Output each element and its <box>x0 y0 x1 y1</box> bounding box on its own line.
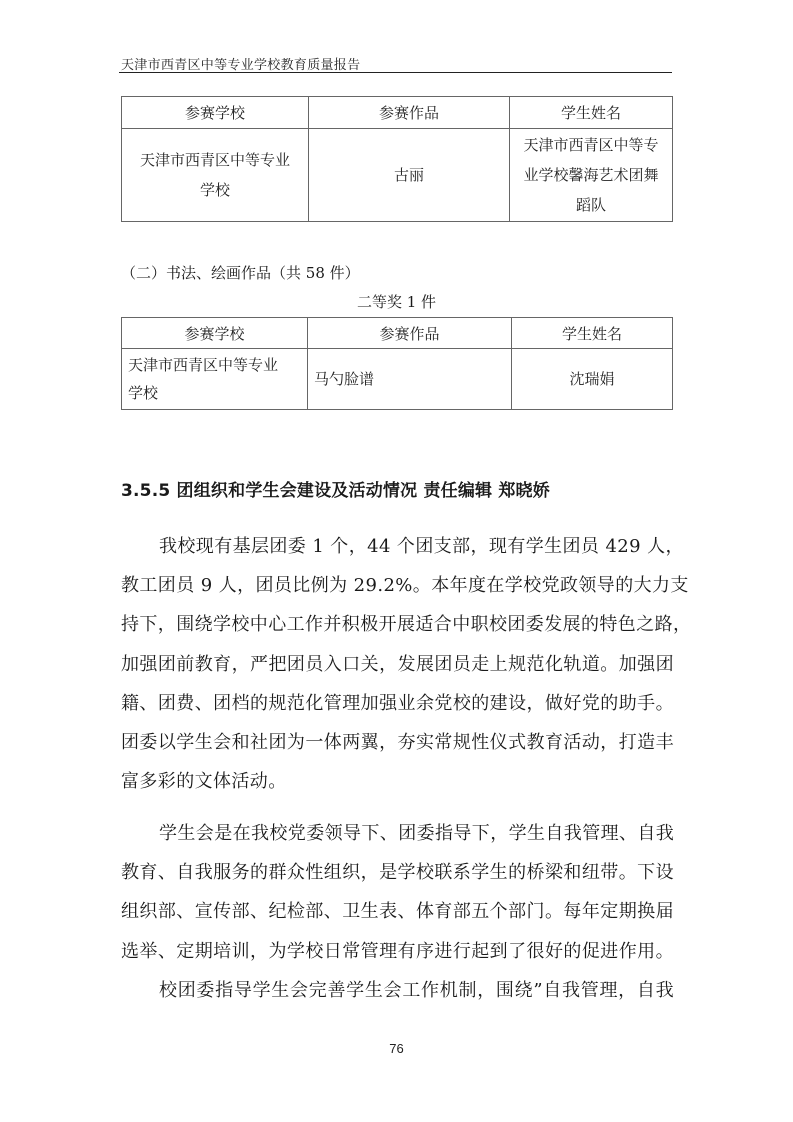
paragraph-line: 学生会是在我校党委领导下、团委指导下，学生自我管理、自我 <box>121 814 674 853</box>
paragraph-line: 选举、定期培训，为学校日常管理有序进行起到了很好的促进作用。 <box>121 932 674 971</box>
paragraph-line: 富多彩的文体活动。 <box>121 762 674 801</box>
column-header-work: 参赛作品 <box>308 318 512 349</box>
paragraph-line: 持下，围绕学校中心工作并积极开展适合中职校团委发展的特色之路， <box>121 605 674 644</box>
column-header-student: 学生姓名 <box>512 318 673 349</box>
cell-student-line: 蹈队 <box>576 196 606 214</box>
paragraph-line: 组织部、宣传部、纪检部、卫生表、体育部五个部门。每年定期换届 <box>121 892 674 931</box>
cell-school-line: 天津市西青区中等专业 <box>128 356 278 374</box>
header-divider <box>119 72 672 73</box>
table-row: 天津市西青区中等专业 学校 古丽 天津市西青区中等专 业学校馨海艺术团舞 蹈队 <box>122 129 673 222</box>
paragraph-line: 加强团前教育，严把团员入口关，发展团员走上规范化轨道。加强团 <box>121 645 674 684</box>
paragraph-league-guidance: 校团委指导学生会完善学生会工作机制，围绕”自我管理，自我 <box>121 971 674 1010</box>
cell-work: 古丽 <box>309 129 510 222</box>
column-header-school: 参赛学校 <box>122 318 308 349</box>
document-header-title: 天津市西青区中等专业学校教育质量报告 <box>121 54 360 73</box>
cell-student-line: 天津市西青区中等专 <box>523 136 658 154</box>
table-header-row: 参赛学校 参赛作品 学生姓名 <box>122 97 673 129</box>
column-header-student: 学生姓名 <box>510 97 673 129</box>
paragraph-line: 教工团员 9 人，团员比例为 29.2%。本年度在学校党政领导的大力支 <box>121 566 674 605</box>
cell-school-line: 学校 <box>200 181 230 199</box>
second-prize-caption: 二等奖 1 件 <box>121 291 672 312</box>
calligraphy-section-heading: （二）书法、绘画作品（共 58 件） <box>121 262 360 283</box>
cell-school: 天津市西青区中等专业 学校 <box>122 349 308 410</box>
cell-school: 天津市西青区中等专业 学校 <box>122 129 309 222</box>
column-header-school: 参赛学校 <box>122 97 309 129</box>
paragraph-line: 籍、团费、团档的规范化管理加强业余党校的建设，做好党的助手。 <box>121 684 674 723</box>
table-row: 天津市西青区中等专业 学校 马勺脸谱 沈瑞娟 <box>122 349 673 410</box>
section-heading-3-5-5: 3.5.5 团组织和学生会建设及活动情况 责任编辑 郑晓娇 <box>121 476 550 501</box>
cell-student-line: 业学校馨海艺术团舞 <box>523 166 658 184</box>
paragraph-student-union: 学生会是在我校党委领导下、团委指导下，学生自我管理、自我 教育、自我服务的群众性… <box>121 814 674 971</box>
column-header-work: 参赛作品 <box>309 97 510 129</box>
cell-student: 天津市西青区中等专 业学校馨海艺术团舞 蹈队 <box>510 129 673 222</box>
table-header-row: 参赛学校 参赛作品 学生姓名 <box>122 318 673 349</box>
paragraph-line: 团委以学生会和社团为一体两翼，夯实常规性仪式教育活动，打造丰 <box>121 723 674 762</box>
cell-student: 沈瑞娟 <box>512 349 673 410</box>
paragraph-line: 我校现有基层团委 1 个，44 个团支部，现有学生团员 429 人， <box>121 527 674 566</box>
cell-work: 马勺脸谱 <box>308 349 512 410</box>
performance-award-table: 参赛学校 参赛作品 学生姓名 天津市西青区中等专业 学校 古丽 天津市西青区中等… <box>121 96 673 222</box>
cell-school-line: 天津市西青区中等专业 <box>140 151 290 169</box>
cell-school-line: 学校 <box>128 384 158 402</box>
paragraph-league-overview: 我校现有基层团委 1 个，44 个团支部，现有学生团员 429 人， 教工团员 … <box>121 527 674 801</box>
page-number: 76 <box>0 1041 793 1056</box>
paragraph-line: 教育、自我服务的群众性组织，是学校联系学生的桥梁和纽带。下设 <box>121 853 674 892</box>
calligraphy-award-table: 参赛学校 参赛作品 学生姓名 天津市西青区中等专业 学校 马勺脸谱 沈瑞娟 <box>121 317 673 410</box>
paragraph-line: 校团委指导学生会完善学生会工作机制，围绕”自我管理，自我 <box>121 971 674 1010</box>
